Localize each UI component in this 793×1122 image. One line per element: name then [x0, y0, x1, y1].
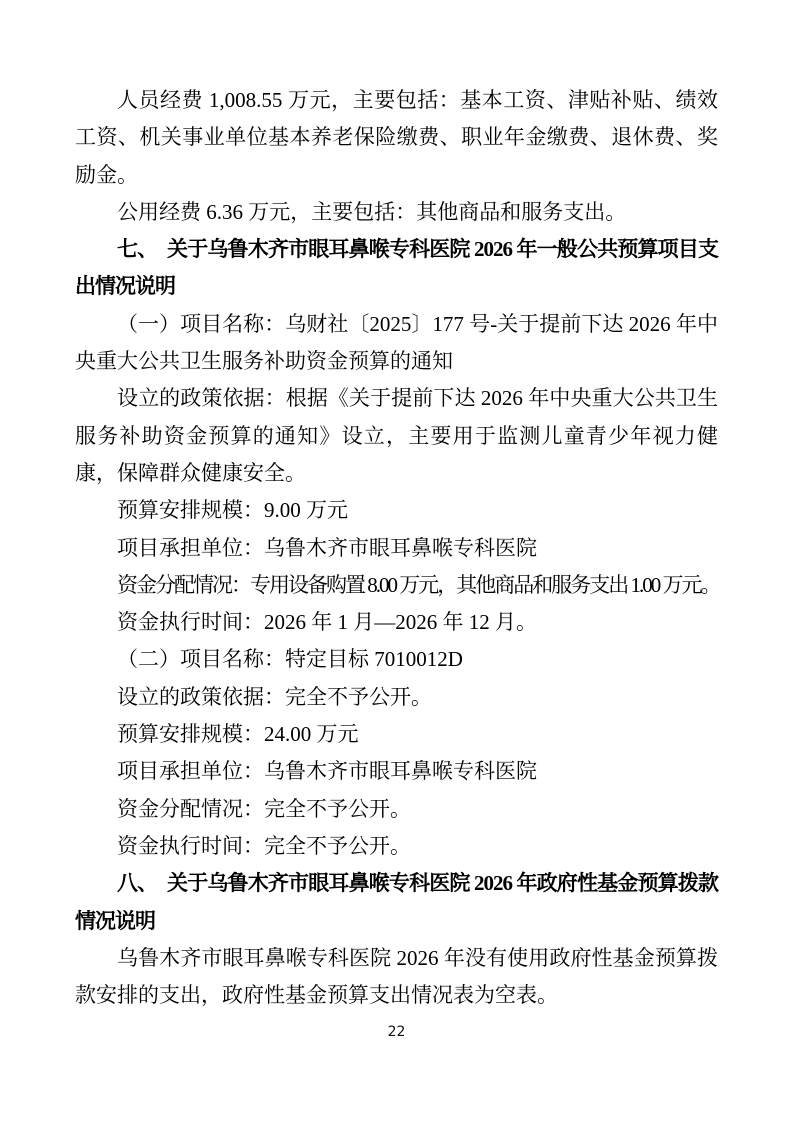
- project-1-undertaking-unit: 项目承担单位：乌鲁木齐市眼耳鼻喉专科医院: [75, 530, 718, 567]
- section-8-heading: 八、 关于乌鲁木齐市眼耳鼻喉专科医院 2026 年政府性基金预算拨款情况说明: [75, 865, 718, 940]
- project-1-budget-scale: 预算安排规模：9.00 万元: [75, 492, 718, 529]
- document-page: 人员经费 1,008.55 万元，主要包括：基本工资、津贴补贴、绩效工资、机关事…: [0, 0, 793, 1122]
- project-2-name: （二）项目名称：特定目标 7010012D: [75, 641, 718, 678]
- project-2-fund-allocation: 资金分配情况：完全不予公开。: [75, 791, 718, 828]
- document-body: 人员经费 1,008.55 万元，主要包括：基本工资、津贴补贴、绩效工资、机关事…: [75, 82, 718, 1014]
- project-1-policy-basis: 设立的政策依据：根据《关于提前下达 2026 年中央重大公共卫生服务补助资金预算…: [75, 380, 718, 492]
- project-1-fund-allocation: 资金分配情况：专用设备购置 8.00 万元，其他商品和服务支出 1.00 万元。: [75, 567, 718, 604]
- project-1-name: （一）项目名称：乌财社〔2025〕177 号-关于提前下达 2026 年中央重大…: [75, 306, 718, 381]
- project-2-undertaking-unit: 项目承担单位：乌鲁木齐市眼耳鼻喉专科医院: [75, 753, 718, 790]
- public-expense-paragraph: 公用经费 6.36 万元，主要包括：其他商品和服务支出。: [75, 194, 718, 231]
- project-2-policy-basis: 设立的政策依据：完全不予公开。: [75, 679, 718, 716]
- project-1-execution-time: 资金执行时间：2026 年 1 月—2026 年 12 月。: [75, 604, 718, 641]
- personnel-expense-paragraph: 人员经费 1,008.55 万元，主要包括：基本工资、津贴补贴、绩效工资、机关事…: [75, 82, 718, 194]
- project-2-budget-scale: 预算安排规模：24.00 万元: [75, 716, 718, 753]
- project-2-execution-time: 资金执行时间：完全不予公开。: [75, 828, 718, 865]
- section-8-body: 乌鲁木齐市眼耳鼻喉专科医院 2026 年没有使用政府性基金预算拨款安排的支出，政…: [75, 940, 718, 1015]
- page-number: 22: [0, 1022, 793, 1042]
- section-7-heading: 七、 关于乌鲁木齐市眼耳鼻喉专科医院 2026 年一般公共预算项目支出情况说明: [75, 231, 718, 306]
